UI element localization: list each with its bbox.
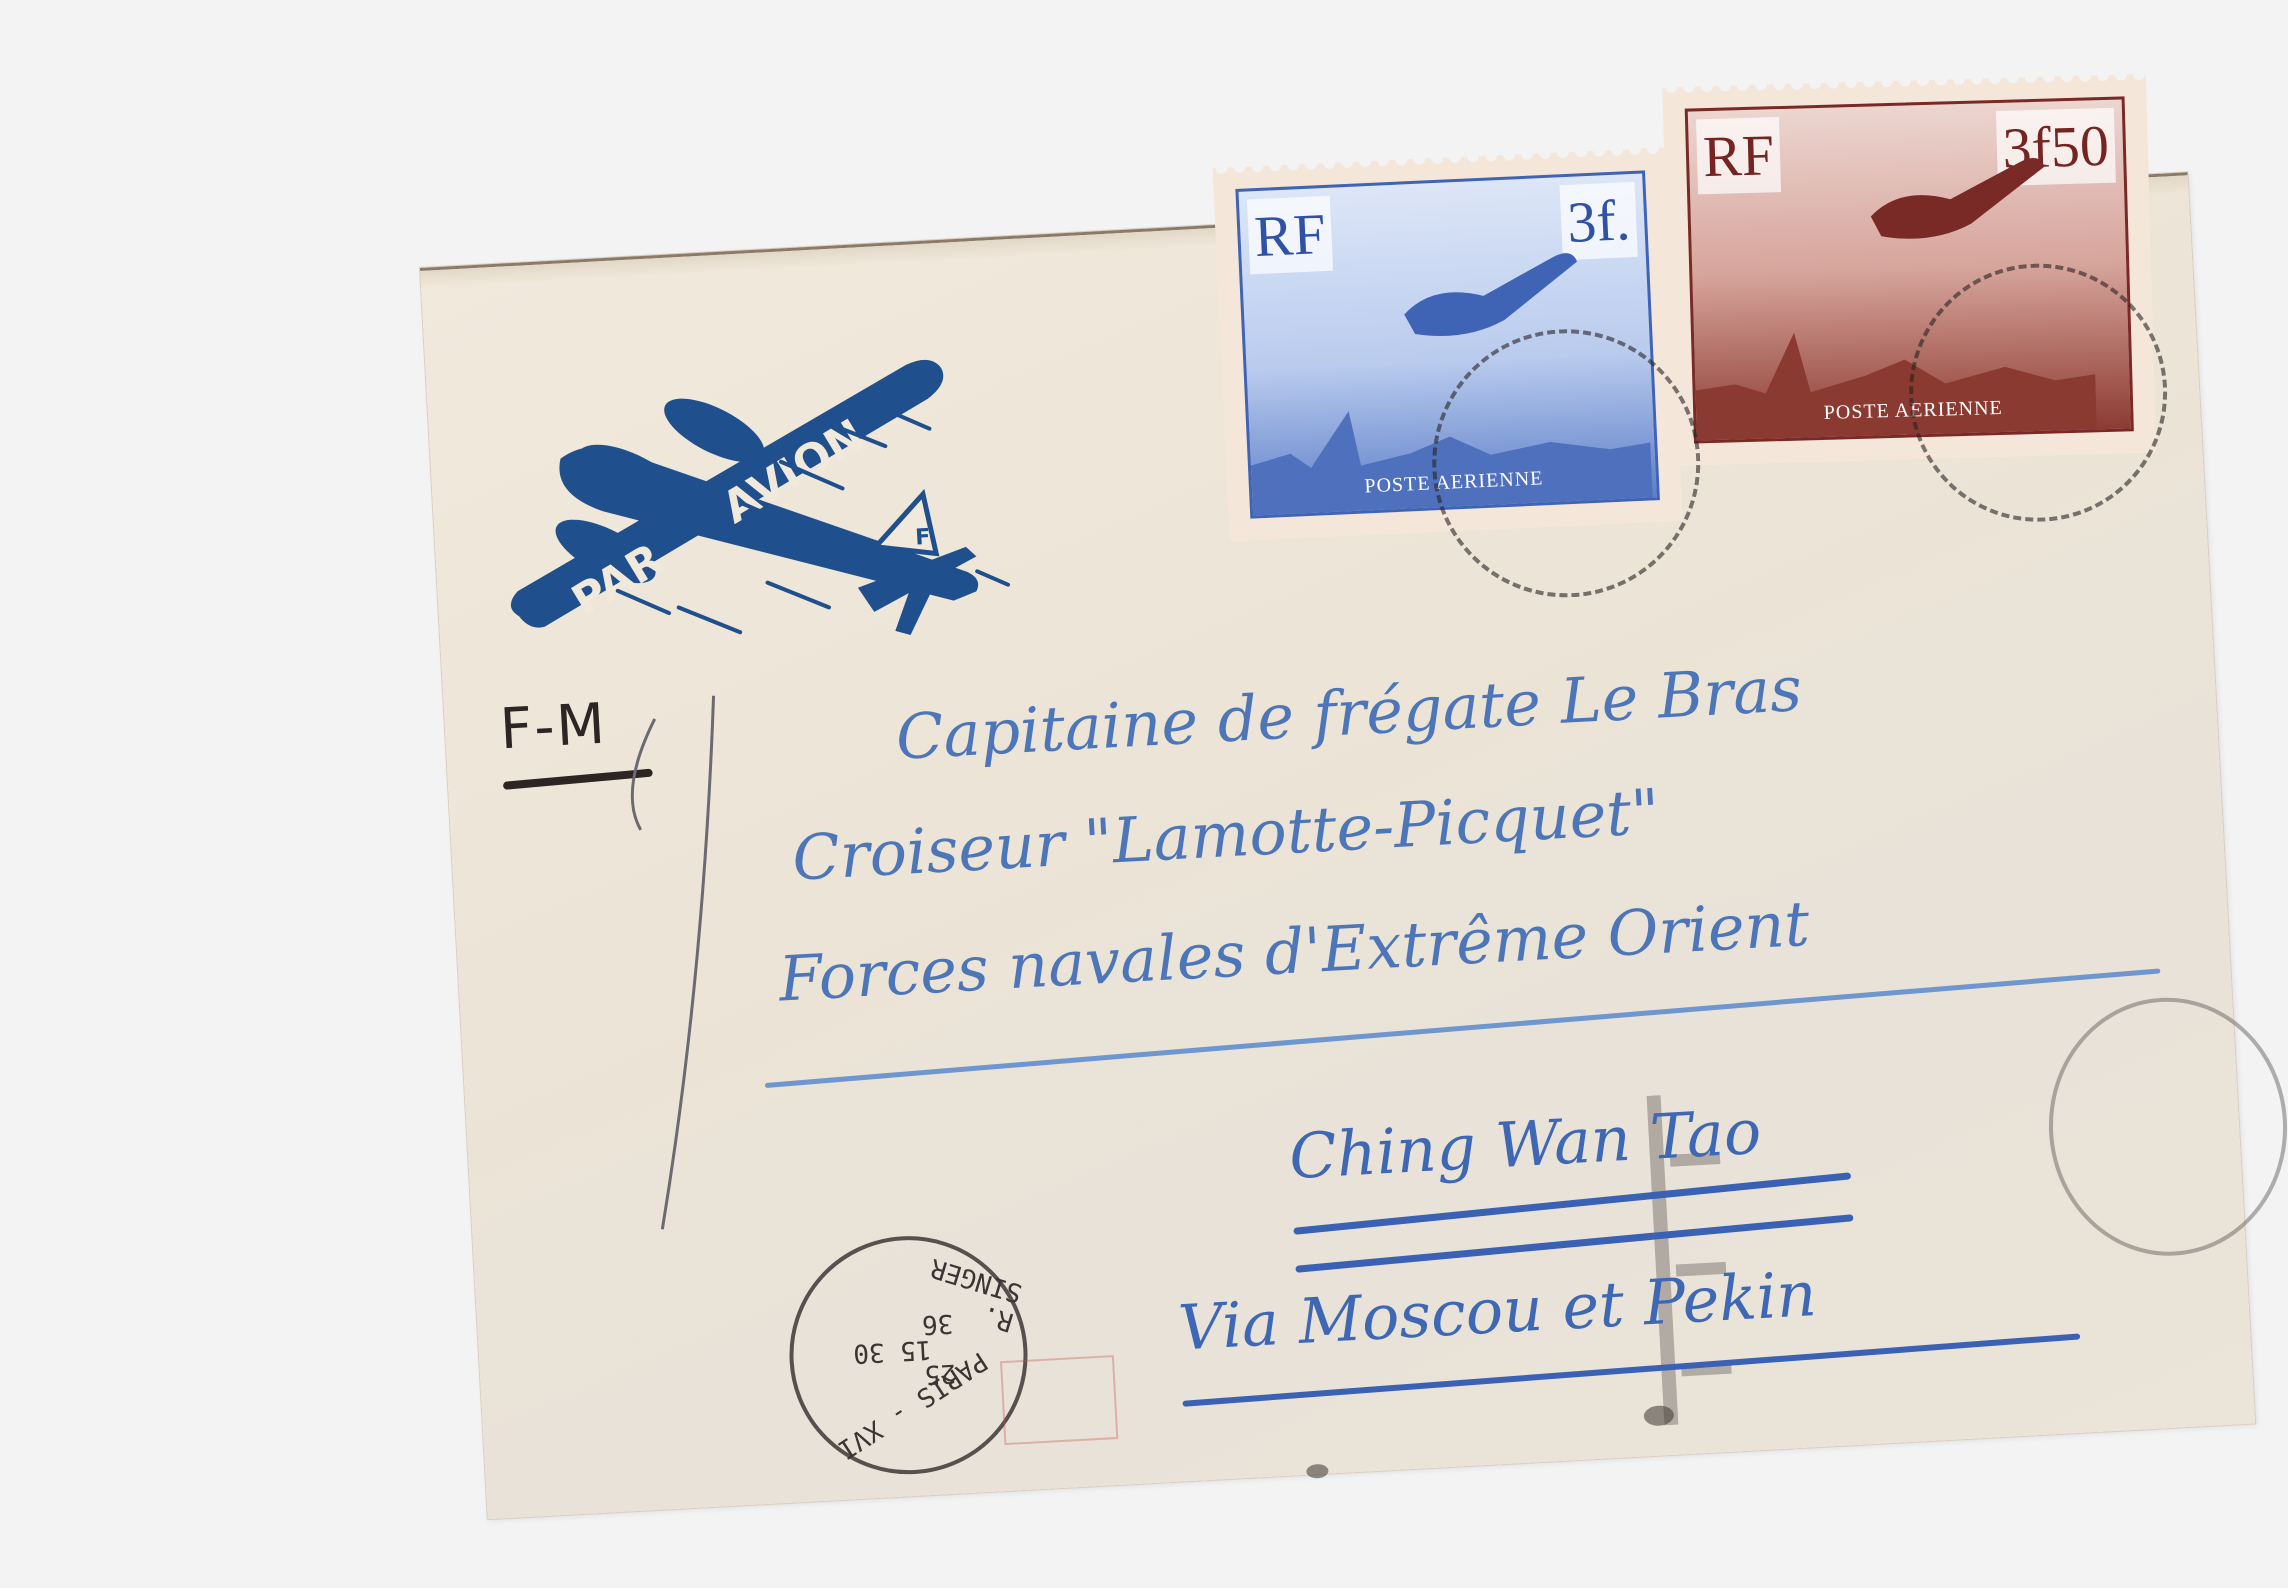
address-line-fleet: Forces navales d'Extrême Orient <box>777 887 1811 1016</box>
address-line-ship: Croiseur "Lamotte-Picquet" <box>790 775 1661 895</box>
address-line-rank-name: Capitaine de frégate Le Bras <box>894 652 1803 774</box>
plane-icon <box>1859 141 2062 257</box>
pencil-mark <box>593 674 783 1242</box>
ink-smudge <box>1306 1464 1329 1479</box>
postmark-time: 15 30 <box>853 1334 933 1368</box>
postmark-year: 36 <box>921 1308 954 1340</box>
envelope: PAR AVION F F-M RF 3f. <box>420 172 2255 1519</box>
stamp-country: RF <box>1696 117 1781 194</box>
tail-letter: F <box>915 525 931 551</box>
arrival-postmark <box>2042 991 2288 1261</box>
par-avion-airplane-icon: PAR AVION F <box>485 339 1030 667</box>
red-cachet <box>1000 1355 1118 1445</box>
stamp-country: RF <box>1247 196 1333 275</box>
paris-postmark: PARIS - XVI R. SINGER 15 30 25 36 <box>783 1230 1034 1481</box>
postmark-date: 25 <box>924 1358 957 1390</box>
franchise-militaire-mark: F-M <box>498 692 608 763</box>
